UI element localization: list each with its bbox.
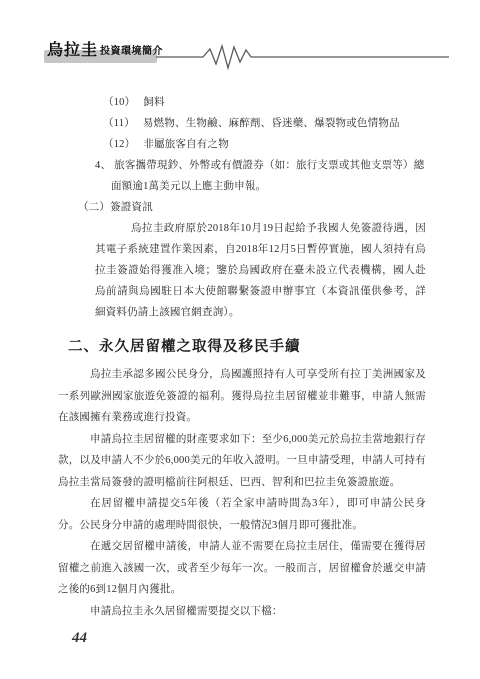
page-content: （10）飼料 （11）易燃物、生物鹼、麻醉劑、昏迷藥、爆裂物或色情物品 （12）… xyxy=(0,92,480,622)
visa-info-paragraph: 烏拉圭政府原於2018年10月19日起給予我國人免簽證待遇，因其電子系統建置作業… xyxy=(95,218,426,323)
list-item-10: （10）飼料 xyxy=(0,92,480,113)
list-item-11: （11）易燃物、生物鹼、麻醉劑、昏迷藥、爆裂物或色情物品 xyxy=(0,113,480,134)
residency-paragraph: 申請烏拉圭居留權的財產要求如下：至少6,000美元於烏拉圭當地銀行存款，以及申請… xyxy=(58,429,426,494)
residency-block: 烏拉圭承認多國公民身分，烏國護照持有人可享受所有拉丁美洲國家及一系列歐洲國家旅遊… xyxy=(0,364,480,622)
list-item-label: （12） xyxy=(103,139,135,150)
list-item-text: 飼料 xyxy=(143,97,164,108)
page-number: 44 xyxy=(72,630,87,647)
list-item-label: 4、 xyxy=(95,160,111,171)
page-header-title: 烏拉圭 投資環境簡介 xyxy=(47,42,163,59)
header-title-main: 烏拉圭 xyxy=(47,42,98,59)
document-page: 烏拉圭 投資環境簡介 （10）飼料 （11）易燃物、生物鹼、麻醉劑、昏迷藥、爆裂… xyxy=(0,0,480,679)
list-item-text: 非屬旅客自有之物 xyxy=(143,139,229,150)
header-title-sub: 投資環境簡介 xyxy=(100,45,163,59)
residency-paragraph: 烏拉圭承認多國公民身分，烏國護照持有人可享受所有拉丁美洲國家及一系列歐洲國家旅遊… xyxy=(58,364,426,429)
list-item-label: （11） xyxy=(103,118,135,129)
list-item-text: 旅客攜帶現鈔、外幣或有價證券（如：旅行支票或其他支票等）總面額逾1萬美元以上應主… xyxy=(111,160,424,192)
list-item-label: （10） xyxy=(103,97,135,108)
list-item-4: 4、旅客攜帶現鈔、外幣或有價證券（如：旅行支票或其他支票等）總面額逾1萬美元以上… xyxy=(0,155,480,197)
customs-block: （10）飼料 （11）易燃物、生物鹼、麻醉劑、昏迷藥、爆裂物或色情物品 （12）… xyxy=(0,92,480,323)
heartbeat-line-icon xyxy=(156,43,450,73)
residency-paragraph: 在居留權申請提交5年後（若全家申請時間為3年），即可申請公民身分。公民身分申請的… xyxy=(58,493,426,536)
list-item-text: 易燃物、生物鹼、麻醉劑、昏迷藥、爆裂物或色情物品 xyxy=(143,118,400,129)
visa-info-subheading: （二）簽證資訊 xyxy=(0,197,480,218)
list-item-12: （12）非屬旅客自有之物 xyxy=(0,134,480,155)
section-heading-residency: 二、永久居留權之取得及移民手續 xyxy=(68,336,430,358)
residency-paragraph: 在遞交居留權申請後，申請人並不需要在烏拉圭居住，僅需要在獲得居留權之前進入該國一… xyxy=(58,536,426,601)
residency-paragraph: 申請烏拉圭永久居留權需要提交以下檔： xyxy=(58,601,426,623)
